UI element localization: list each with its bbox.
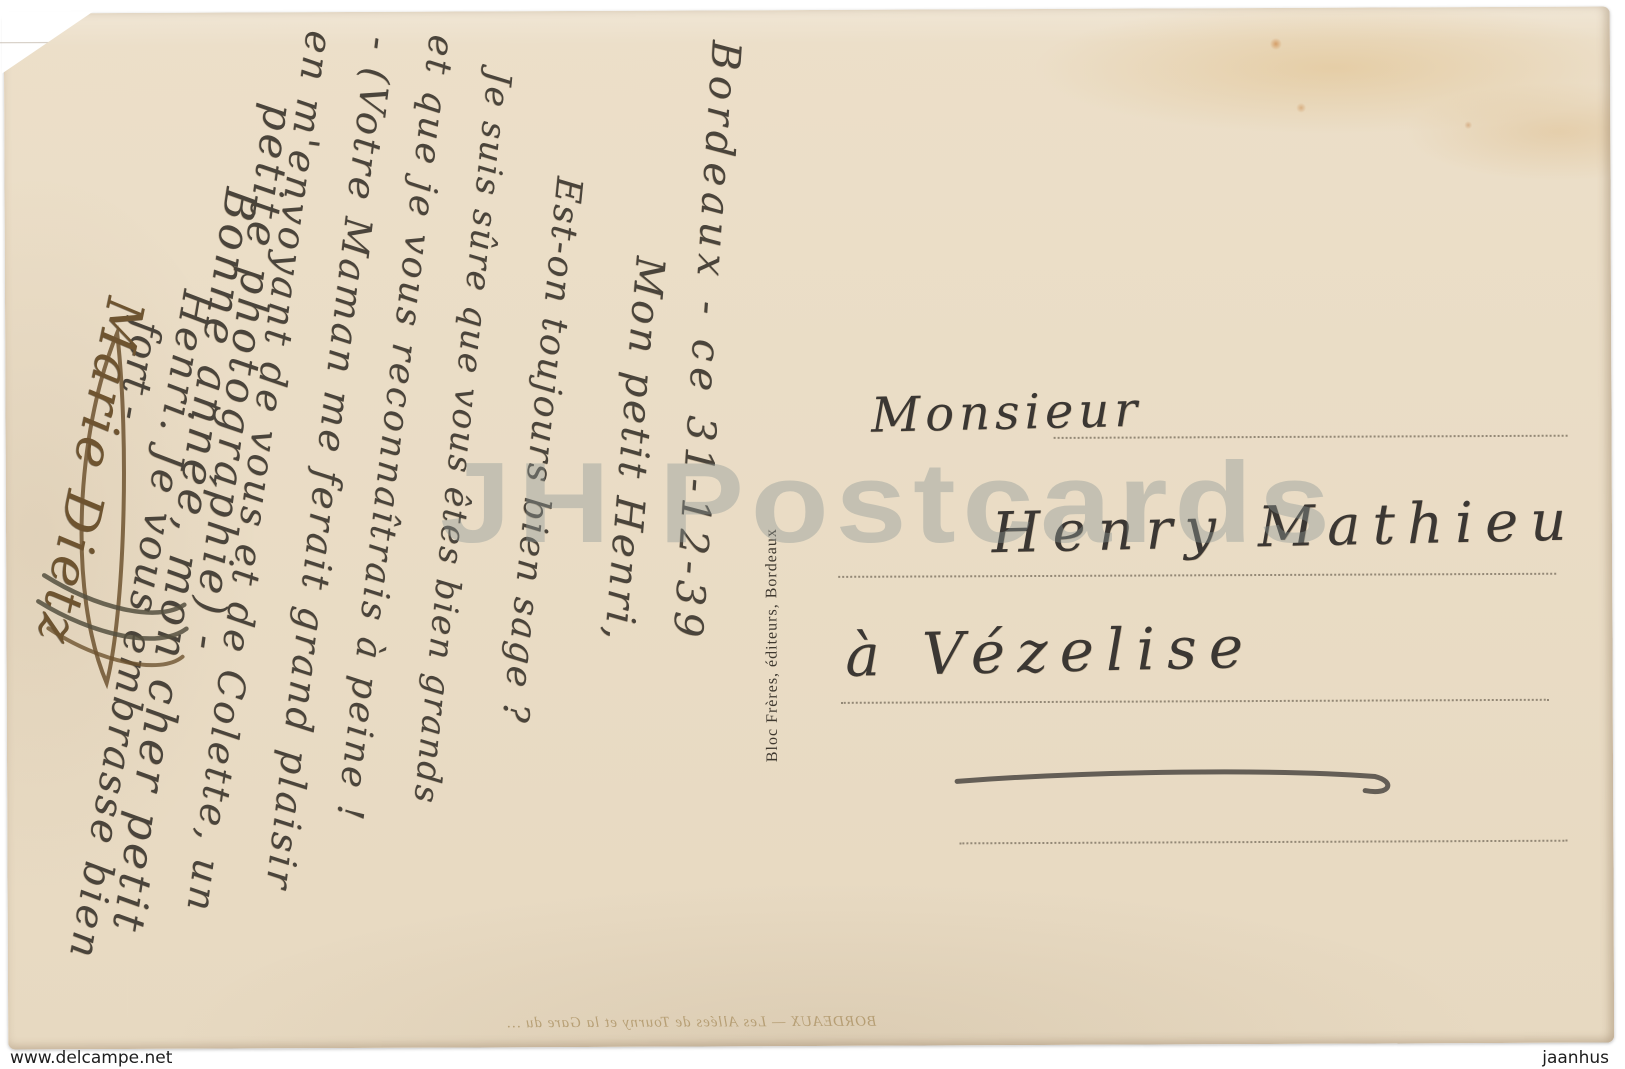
signature-flourish-icon [25, 323, 207, 714]
underline-flourish-icon [947, 763, 1427, 805]
bleed-through-caption: BORDEAUX — Les Allées de Tourny et la Ga… [246, 1013, 1136, 1034]
footer-watermark-left: www.delcampe.net [10, 1048, 172, 1068]
footer-watermark-right: jaanhus [1542, 1048, 1609, 1068]
address-recipient-place: à Vézelise [844, 613, 1255, 690]
address-recipient-title: Monsieur [870, 382, 1142, 444]
address-rule-3 [841, 699, 1549, 704]
address-rule-4 [959, 840, 1567, 845]
center-watermark: JH Postcards [440, 438, 1337, 578]
